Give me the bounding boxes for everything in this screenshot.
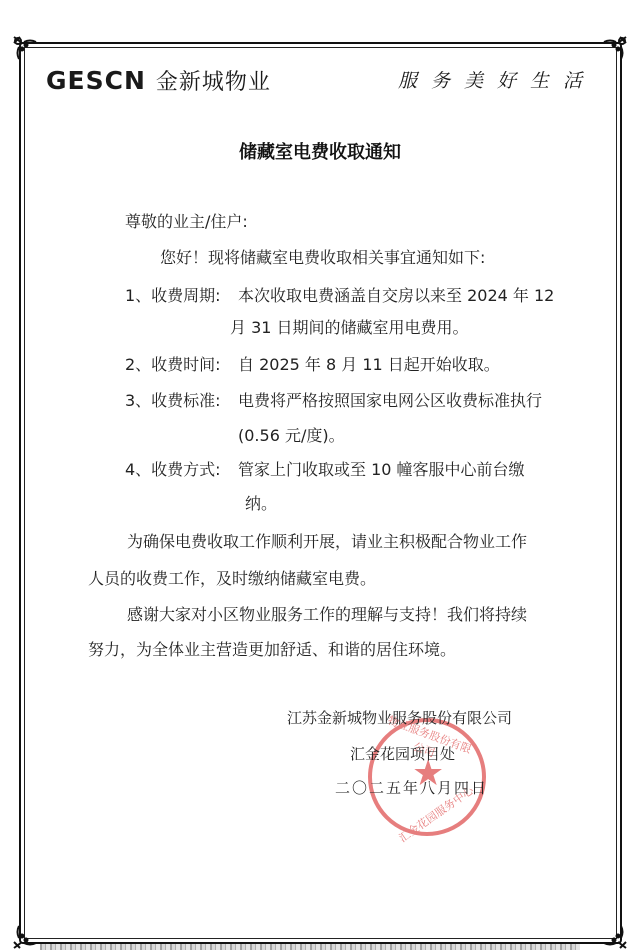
item-label: 1、收费周期: — [125, 286, 221, 306]
item-line: 自 2025 年 8 月 11 日起开始收取。 — [238, 355, 500, 375]
item-label: 3、收费标准: — [125, 391, 221, 411]
corner-ornament-icon — [12, 35, 38, 61]
notice-title: 储藏室电费收取通知 — [0, 138, 640, 164]
company-slogan: 服务美好生活 — [398, 66, 596, 93]
corner-ornament-icon — [602, 924, 628, 950]
intro-paragraph: 您好！现将储藏室电费收取相关事宜通知如下: — [160, 248, 485, 268]
item-label: 2、收费时间: — [125, 355, 221, 375]
signature-date: 二〇二五年八月四日 — [335, 777, 488, 798]
paragraph-line: 人员的收费工作，及时缴纳储藏室电费。 — [88, 569, 376, 589]
paragraph-line: 努力，为全体业主营造更加舒适、和谐的居住环境。 — [88, 640, 456, 660]
company-name-logo: 金新城物业 — [156, 65, 271, 96]
letterhead-logo: GESCN 金新城物业 — [46, 62, 271, 98]
item-line: 电费将严格按照国家电网公区收费标准执行 — [238, 391, 542, 411]
item-line: 纳。 — [245, 494, 277, 514]
salutation: 尊敬的业主/住户: — [125, 212, 248, 232]
corner-ornament-icon — [602, 35, 628, 61]
document-border-inner — [24, 47, 617, 939]
paragraph-line: 感谢大家对小区物业服务工作的理解与支持！我们将持续 — [127, 605, 527, 625]
item-line: 管家上门收取或至 10 幢客服中心前台缴 — [238, 460, 525, 480]
scan-artifact-strip — [40, 944, 580, 950]
company-logo-mark: GESCN — [46, 66, 146, 95]
item-line: 月 31 日期间的储藏室用电费用。 — [230, 318, 469, 338]
item-line: (0.56 元/度)。 — [238, 426, 345, 446]
signature-project: 汇金花园项目处 — [350, 743, 455, 764]
item-label: 4、收费方式: — [125, 460, 221, 480]
corner-ornament-icon — [12, 924, 38, 950]
item-line: 本次收取电费涵盖自交房以来至 2024 年 12 — [238, 286, 554, 306]
paragraph-line: 为确保电费收取工作顺利开展，请业主积极配合物业工作 — [127, 532, 527, 552]
signature-company: 江苏金新城物业服务股份有限公司 — [287, 707, 512, 728]
